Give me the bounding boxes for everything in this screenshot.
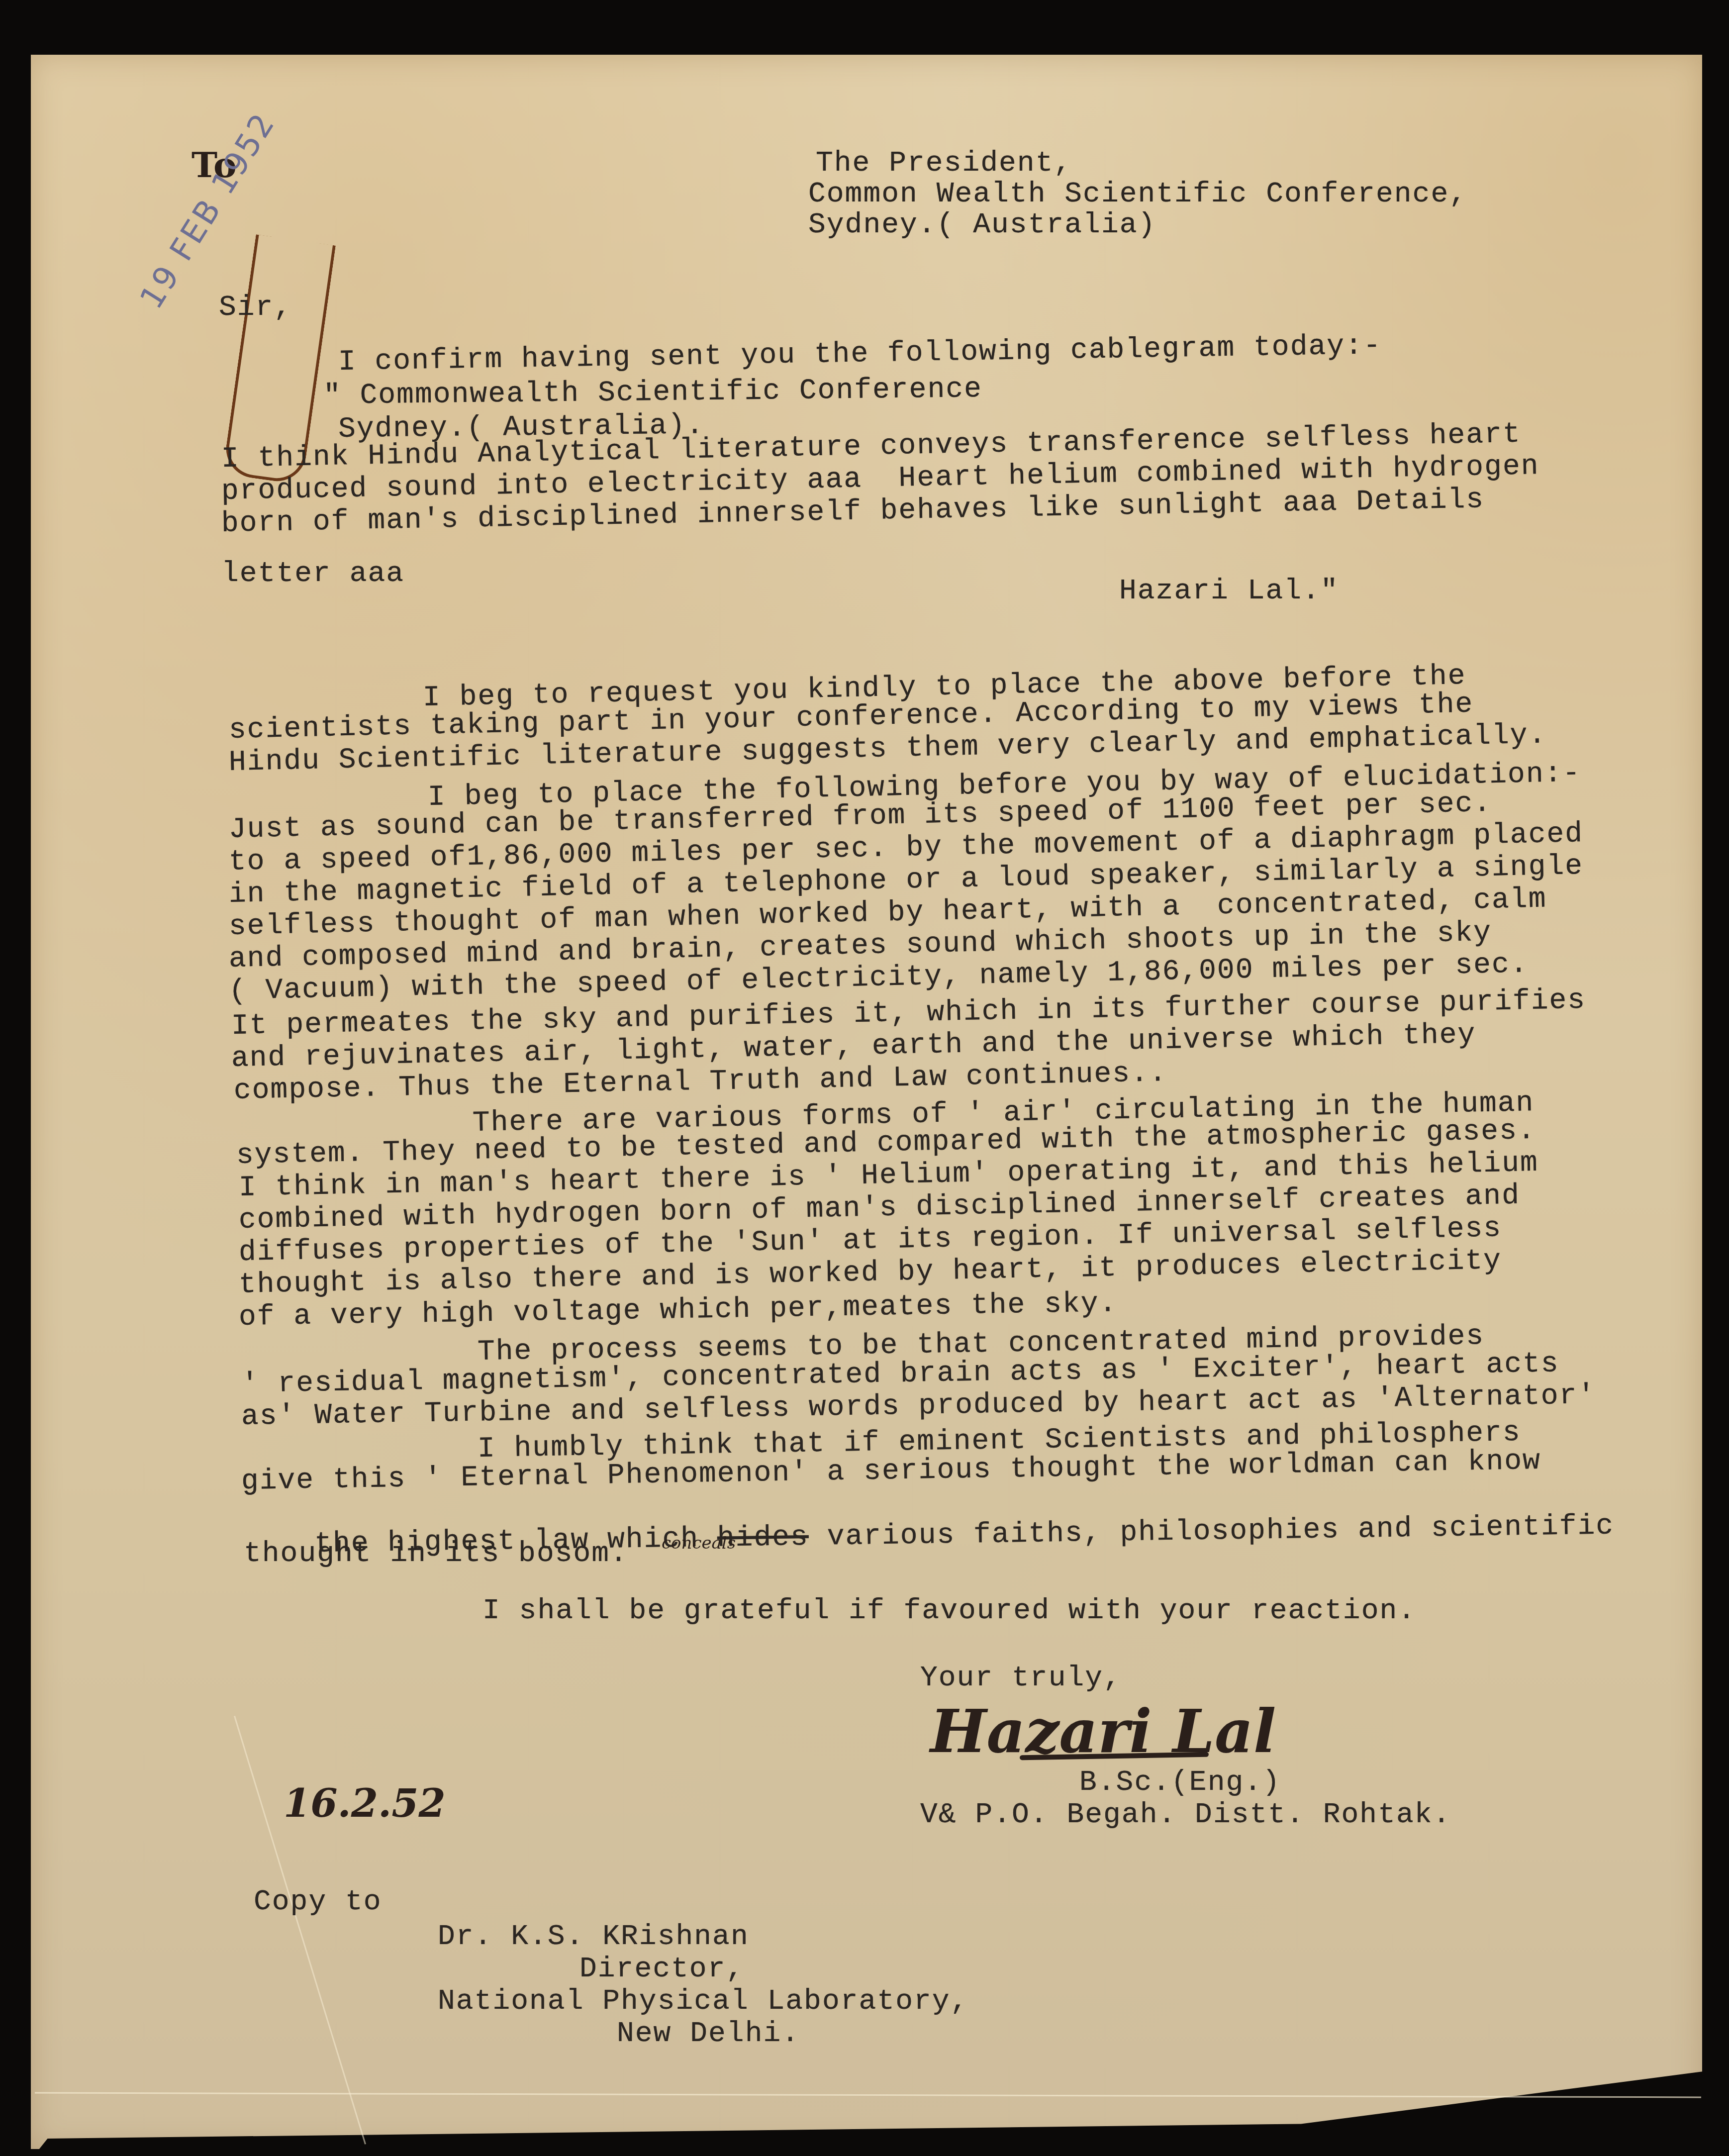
closing-request: I shall be grateful if favoured with you… bbox=[482, 1597, 1416, 1626]
cablegram-signature: Hazari Lal." bbox=[1119, 577, 1339, 606]
handwritten-correction: conceals bbox=[662, 1533, 736, 1553]
body-line: thought in its bosom. bbox=[244, 1540, 628, 1568]
copy-to-line: Director, bbox=[579, 1955, 744, 1984]
handwritten-date: 16.2.52 bbox=[284, 1781, 446, 1826]
copy-to-line: National Physical Laboratory, bbox=[438, 1987, 968, 2016]
copy-to-label: Copy to bbox=[254, 1888, 382, 1917]
addressee-line: The President, bbox=[816, 149, 1072, 178]
copy-to-line: Dr. K.S. KRishnan bbox=[438, 1923, 749, 1952]
qualification: B.Sc.(Eng.) bbox=[1079, 1768, 1281, 1797]
addressee-line: Common Wealth Scientific Conference, bbox=[808, 180, 1467, 209]
copy-to-line: New Delhi. bbox=[617, 2020, 800, 2049]
sender-address: V& P.O. Begah. Distt. Rohtak. bbox=[920, 1801, 1451, 1830]
cablegram-body-line: letter aaa bbox=[221, 560, 404, 588]
corrected-line-after: various faiths, philosophies and scienti… bbox=[808, 1510, 1614, 1554]
valediction: Your truly, bbox=[920, 1664, 1122, 1693]
cablegram-address-line: " Commonwealth Scientific Conference bbox=[323, 375, 983, 411]
salutation: Sir, bbox=[219, 294, 292, 322]
addressee-line: Sydney.( Australia) bbox=[808, 211, 1156, 240]
